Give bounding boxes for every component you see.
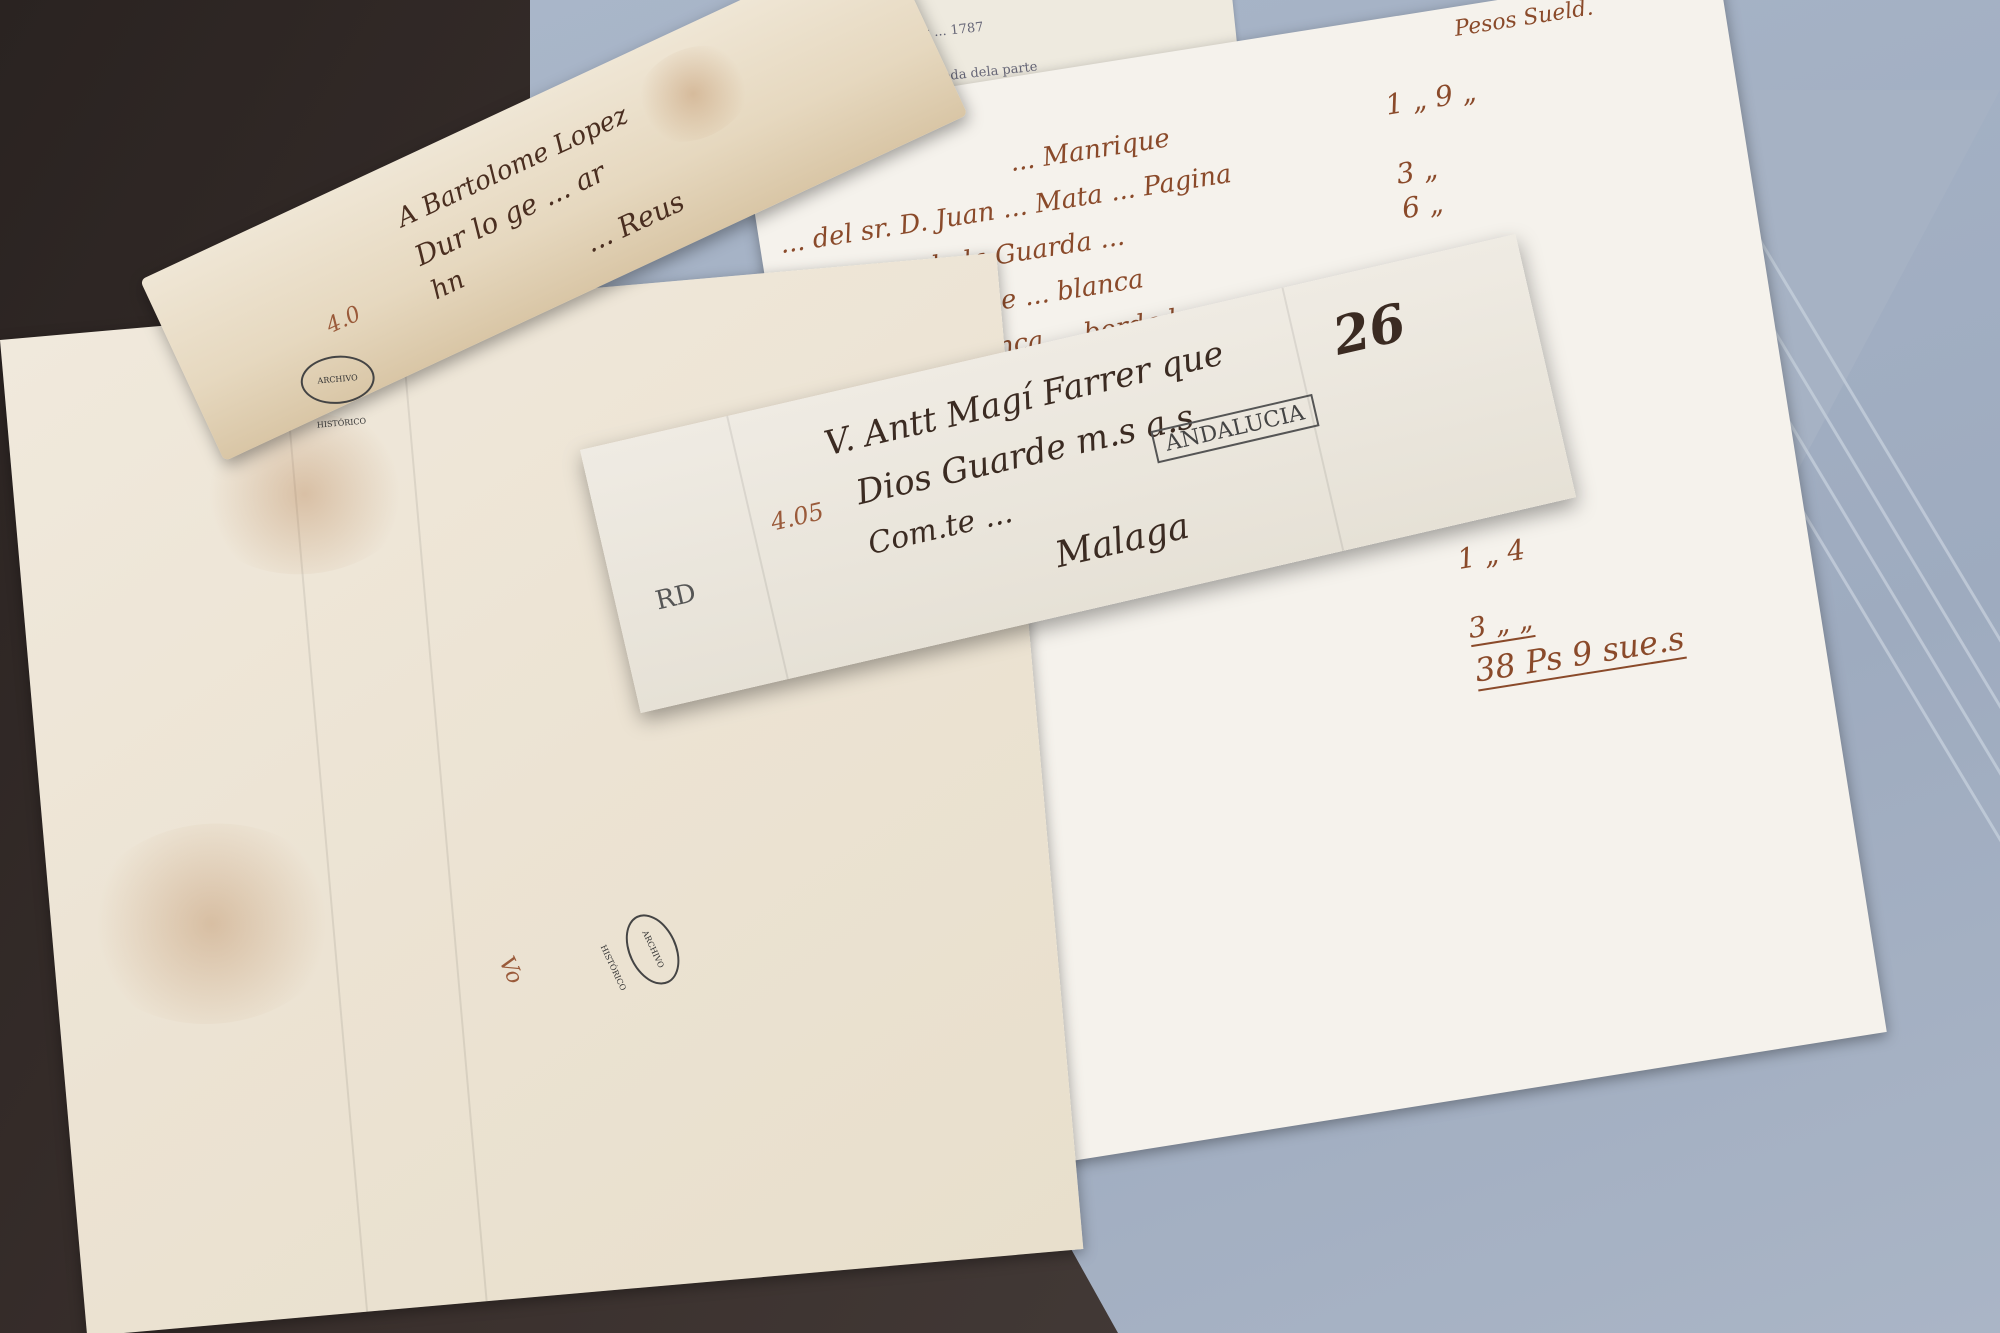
paper-fold [398, 305, 487, 1301]
margin-note: 4.05 [768, 497, 826, 536]
rolled-letter-address: ... Reus [580, 185, 690, 260]
age-stain [73, 813, 349, 1035]
ledger-amount: 3 „ „ [1466, 602, 1535, 647]
archive-stamp: ARCHIVO HISTÓRICO [615, 906, 690, 993]
envelope-number: 26 [1327, 292, 1411, 368]
ledger-amount: 1 „ 9 „ [1383, 75, 1478, 122]
paper-fold [726, 416, 789, 680]
ledger-amount: 3 „ [1394, 152, 1440, 191]
envelope-address: Malaga [1051, 506, 1193, 577]
ledger-line: ... Manrique [1008, 123, 1172, 178]
ledger-header: Pesos Sueld. [1453, 0, 1595, 42]
ledger-amount: 1 „ 4 [1455, 533, 1527, 576]
margin-note: Vo [493, 953, 527, 988]
margin-note: 4.0 [322, 302, 364, 339]
side-stamp: RD [653, 578, 699, 616]
age-stain [620, 28, 767, 160]
ledger-amount: 6 „ [1399, 186, 1445, 225]
rolled-letter-address: hn [426, 265, 469, 306]
